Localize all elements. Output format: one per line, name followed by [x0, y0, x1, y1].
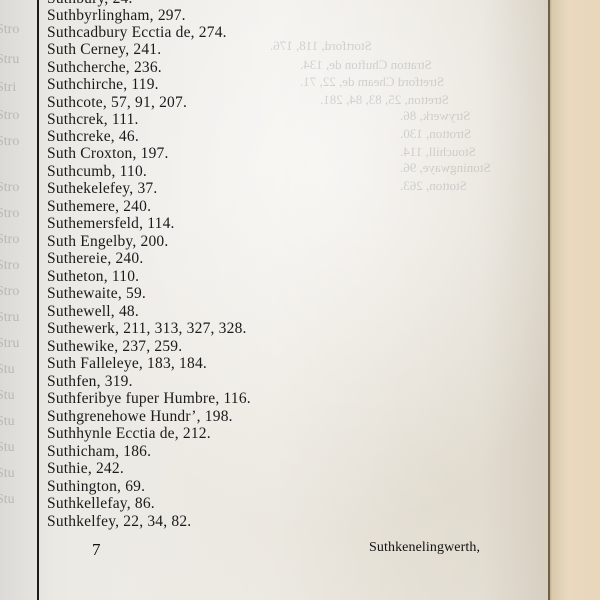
ghost-word: Stu — [0, 492, 15, 508]
ghost-word: Stru — [0, 52, 19, 68]
index-entry: Suthcadbury Ecctia de, 274. — [47, 24, 227, 42]
index-entry: Suth Falleleye, 183, 184. — [47, 355, 207, 373]
ghost-word: Stu — [0, 362, 15, 378]
index-entry: Suthcreke, 46. — [47, 128, 139, 146]
bleed-line: Stouchill, 114. — [400, 144, 476, 160]
ghost-word: Stro — [0, 206, 19, 222]
bleed-line: Strotton, 130. — [400, 126, 471, 142]
catchword: Suthkenelingwerth, — [369, 540, 480, 556]
index-entry: Suthewerk, 211, 313, 327, 328. — [47, 320, 247, 338]
bleed-line: Stretton, 25, 83, 84, 281. — [320, 92, 449, 108]
ghost-word: Stu — [0, 414, 15, 430]
index-entry: Suthcote, 57, 91, 207. — [47, 94, 187, 112]
index-entry: Suthereie, 240. — [47, 250, 143, 268]
index-entry: Suthicham, 186. — [47, 443, 151, 461]
previous-column-ghost-text: Stro Stru Stri Stro Stro Stro Stro Stro … — [0, 0, 36, 600]
page-number: 7 — [92, 540, 101, 560]
ghost-word: Stro — [0, 284, 19, 300]
ghost-word: Stro — [0, 22, 19, 38]
ghost-word: Stu — [0, 466, 15, 482]
bleed-line: Stratton Chufton de, 134. — [300, 57, 432, 73]
index-entry: Suthkellefay, 86. — [47, 495, 155, 513]
bleed-line: Stotton, 263. — [400, 178, 467, 194]
index-entry: Suth Cerney, 241. — [47, 41, 161, 59]
index-entry: Suthferibye fuper Humbre, 116. — [47, 390, 251, 408]
index-entry: Sutheton, 110. — [47, 268, 139, 286]
ghost-word: Stu — [0, 388, 15, 404]
index-entry: Suthewell, 48. — [47, 303, 139, 321]
facing-page-edge — [548, 0, 600, 600]
index-entry: Suthemere, 240. — [47, 198, 151, 216]
index-entry: Suth Croxton, 197. — [47, 145, 169, 163]
ghost-word: Stro — [0, 180, 19, 196]
index-entry: Suthekelefey, 37. — [47, 180, 157, 198]
ghost-word: Stro — [0, 134, 19, 150]
index-entry: Suthington, 69. — [47, 478, 145, 496]
index-entry: Suthewike, 237, 259. — [47, 338, 182, 356]
index-entry: Suthbyrlingham, 297. — [47, 7, 186, 25]
ghost-word: Stro — [0, 258, 19, 274]
index-entry: Suthcrek, 111. — [47, 111, 139, 129]
ghost-word: Stro — [0, 108, 19, 124]
index-entry: Suthhynle Ecctia de, 212. — [47, 425, 211, 443]
index-entry: Suthgrenehowe Hundr’, 198. — [47, 408, 233, 426]
bleed-line: Stoningwaye, 96. — [400, 160, 491, 176]
column-rule — [37, 0, 39, 600]
book-gutter — [548, 0, 550, 600]
ghost-word: Stru — [0, 336, 19, 352]
ghost-word: Stru — [0, 310, 19, 326]
bleed-line: Stortford, 118, 176. — [270, 38, 372, 54]
index-entry: Suthfen, 319. — [47, 373, 133, 391]
index-entry: Suthie, 242. — [47, 460, 124, 478]
index-entry: Suth Engelby, 200. — [47, 233, 168, 251]
index-entry: Suthemersfeld, 114. — [47, 215, 175, 233]
index-entry: Suthcherche, 236. — [47, 59, 162, 77]
ghost-word: Stu — [0, 440, 15, 456]
index-entry: Suthchirche, 119. — [47, 76, 159, 94]
index-entry: Suthcumb, 110. — [47, 163, 147, 181]
bleed-line: Stretford Cheam de, 22, 71. — [300, 74, 444, 90]
ghost-word: Stri — [0, 80, 16, 96]
ghost-word: Stro — [0, 232, 19, 248]
bleed-line: Strywerk, 86. — [400, 108, 470, 124]
index-entry: Suthewaite, 59. — [47, 285, 146, 303]
index-entry: Suthkelfey, 22, 34, 82. — [47, 513, 191, 531]
